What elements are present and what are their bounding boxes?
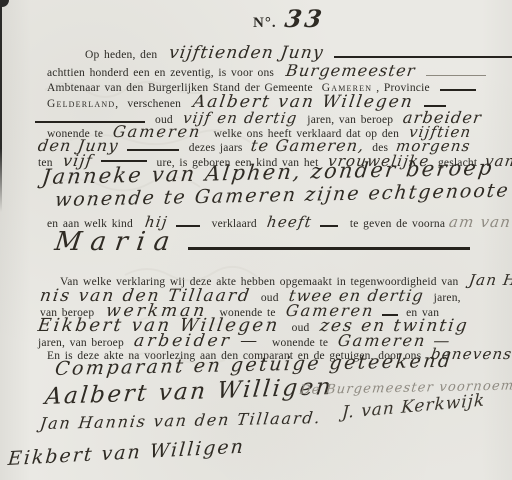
signature-witness1-name: Jan Hannis van den Tillaard. xyxy=(39,409,322,433)
record-number: N°. 33 xyxy=(253,6,324,32)
blank-rule xyxy=(320,222,338,227)
signature-witness2-name: Eikbert van Willigen xyxy=(7,437,246,470)
act-line-12: Maria xyxy=(55,228,470,257)
handwritten-official-title: Burgemeester xyxy=(285,62,417,80)
signature-comparant-name: Aalbert van Willigen xyxy=(44,375,335,410)
blank-rule xyxy=(101,157,147,162)
birth-record-document: N°. 33 Op heden, den vijftienden Juny ac… xyxy=(0,0,512,480)
record-number-label: N°. xyxy=(253,15,277,31)
act-line-1: Op heden, den vijftienden Juny xyxy=(85,44,512,63)
signature-witness2: Eikbert van Willigen xyxy=(7,437,245,470)
signature-witness1: Jan Hannis van den Tillaard. xyxy=(40,409,322,433)
handwritten-date: vijftienden Juny xyxy=(168,44,325,63)
handwritten-child-name: Maria xyxy=(53,228,180,257)
blank-rule xyxy=(440,86,476,91)
scan-corner-artifact xyxy=(0,0,9,7)
printed-text: Op heden, den xyxy=(85,49,157,61)
blank-rule xyxy=(426,72,486,76)
record-number-value: 33 xyxy=(283,6,326,32)
blank-rule xyxy=(424,102,446,107)
scan-edge-artifact xyxy=(0,0,2,212)
blank-rule xyxy=(334,53,512,58)
signature-comparant: Aalbert van Willigen xyxy=(45,375,334,410)
blank-rule xyxy=(127,146,179,151)
handwritten-witness1-name: Jan Han- xyxy=(467,272,512,289)
blank-rule xyxy=(188,244,470,250)
